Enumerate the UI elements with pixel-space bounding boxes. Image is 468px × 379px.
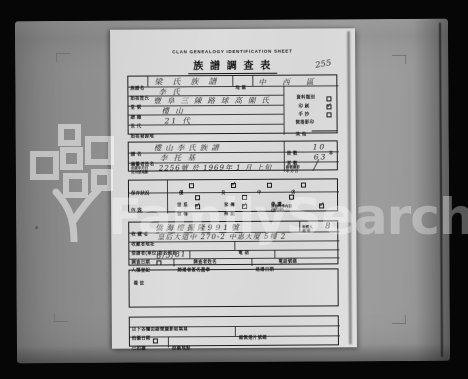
checkmark: ✓ <box>326 101 333 110</box>
holder-survey-table: 收 藏 者 僑海樓振隆991號 收藏人編 號 8 收藏者地址 皇后大道中 270… <box>128 220 338 265</box>
content-records: 傳 記 <box>224 204 239 222</box>
checkmark: ✓ <box>319 200 326 209</box>
grid-line <box>252 76 253 86</box>
crop-mark-icon <box>392 55 406 64</box>
field-value-holder-address: 皇后大道中 270-2 中惠大厦 5樓 2 <box>157 232 286 243</box>
field-value-microfilm-date: ╱ <box>313 160 319 171</box>
grid-line <box>274 250 275 258</box>
remarks-box: 備 註 <box>128 268 338 307</box>
grid-line <box>129 114 284 116</box>
crop-mark-icon <box>54 313 68 322</box>
page-fold-shadow <box>347 31 352 344</box>
field-value-area: 中 西 區 <box>258 76 320 87</box>
content-other-special: 其他特殊內容(請註明) <box>271 202 307 220</box>
film-dust-speck <box>35 226 38 229</box>
field-value-publication: 2256號 於 1969年 1 月 上旬 <box>159 163 272 174</box>
condition-content-table: 保存狀況 優 良 ✓ 中 劣 內 容 世 系 世 傳 ✓ 家 傳 傳 記 <box>128 178 338 212</box>
grid-line <box>129 191 339 193</box>
field-value-compiler: 李 托 基 <box>160 152 197 163</box>
checkbox-poor <box>301 183 306 188</box>
field-label-phone: 電 話 <box>238 243 253 261</box>
condition-fair: 中 <box>257 183 264 201</box>
document-page: CLAN GENEALOGY IDENTIFICATION SHEET 族 譜 … <box>110 28 357 348</box>
checkbox-family-records <box>242 195 247 200</box>
checkmark: ✓ <box>231 180 238 189</box>
field-value-volumes: 10 <box>313 142 327 151</box>
checkmark: ✓ <box>242 201 249 210</box>
header-text: CLAN GENEALOGY IDENTIFICATION SHEET <box>173 50 293 55</box>
field-label-filmed: 已拍攝 <box>132 338 152 356</box>
field-label-area: 地 區 <box>235 78 250 96</box>
checkbox-fair <box>267 183 272 188</box>
crop-mark-icon <box>56 53 70 62</box>
field-label-condition: 保存狀況 <box>131 183 157 201</box>
grid-line <box>235 326 236 336</box>
field-label-remarks: 備 註 <box>134 274 149 292</box>
checkbox-microfilm-copy <box>327 112 332 117</box>
grid-line <box>283 86 284 135</box>
grid-line <box>167 180 168 213</box>
field-label-roll-number: 縮微捲片號碼 <box>239 328 278 346</box>
field-label-holder-number: 收藏人編 號 <box>302 222 320 240</box>
field-value-generations: 21 代 <box>165 115 193 126</box>
genealogy-info-table: 族譜名 梁氏族譜 地 區 中 西 區 始祖姓氏 李 氏 堂 號 豐阜三陳路球高閣… <box>127 74 337 134</box>
field-label-filming-place: 拍攝地點 <box>172 338 198 356</box>
microfilm-unit-table: 以下各欄由縮微攝影組填寫 拍攝日期 縮微捲片號碼 已拍攝 拍攝地點 <box>129 315 339 346</box>
crop-mark-icon <box>392 315 406 324</box>
microfilm-scan-view: CLAN GENEALOGY IDENTIFICATION SHEET 族 譜 … <box>0 0 468 379</box>
checkbox-filmed <box>153 338 158 343</box>
grid-line <box>129 124 284 126</box>
grid-line <box>232 76 233 86</box>
checkbox-portraits <box>289 195 294 200</box>
field-value-holder-number: 8 <box>325 221 330 230</box>
field-label-contents: 內 容 <box>131 201 146 219</box>
checkbox-filed <box>156 260 161 265</box>
field-label-phone-number: 電話號碼 <box>278 252 304 270</box>
checkbox-lineage <box>195 195 200 200</box>
film-edge-line <box>439 23 443 357</box>
checkmark: ✓ <box>195 201 202 210</box>
microfilm-frame: CLAN GENEALOGY IDENTIFICATION SHEET 族 譜 … <box>15 19 450 364</box>
grid-line <box>299 222 300 232</box>
content-biographies: 世 傳 <box>177 204 192 222</box>
fill-in-line <box>312 130 337 131</box>
volume-info-table: 譜 名 樓山李氏族譜 冊 數 10 本 編纂者姓名 李 托 基 頁 數 63 出… <box>128 140 338 171</box>
grid-line <box>284 142 285 172</box>
title-text: 族 譜 調 查 表 <box>188 61 277 75</box>
grid-line <box>168 336 169 347</box>
grid-line <box>234 241 235 250</box>
field-unit-volumes: 本 <box>329 143 336 161</box>
checkbox-excellent <box>189 183 194 188</box>
